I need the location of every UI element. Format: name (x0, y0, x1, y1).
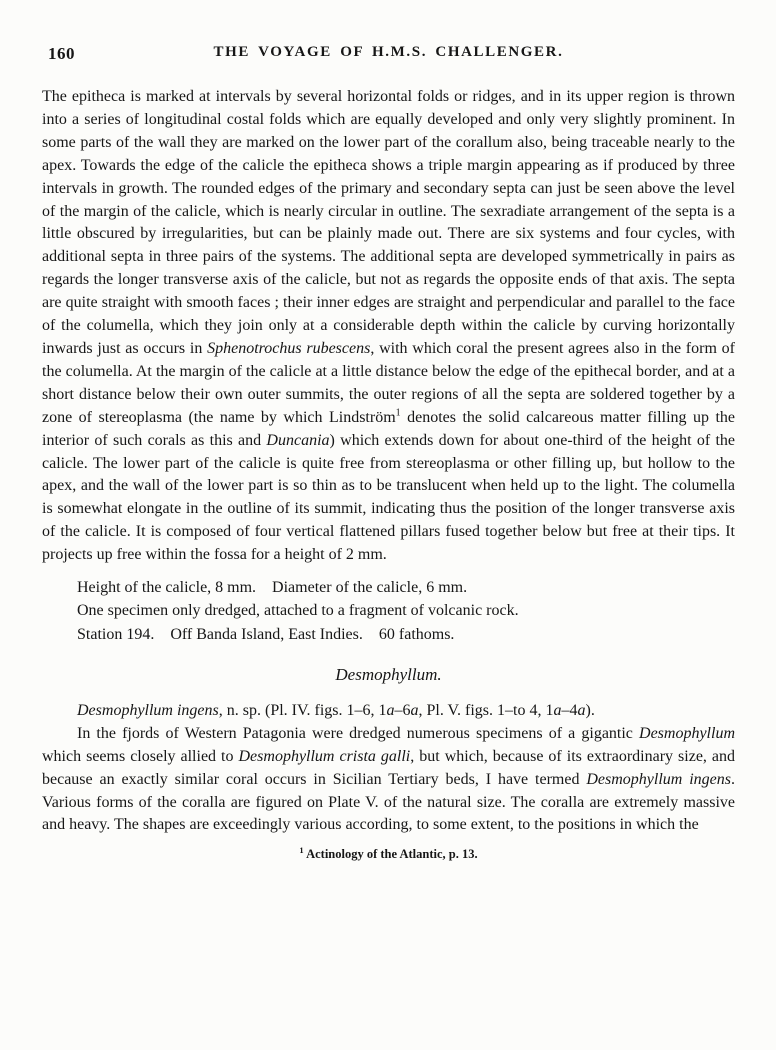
measurement-line-station: Station 194. Off Banda Island, East Indi… (42, 623, 735, 646)
paragraph-epitheca: The epitheca is marked at intervals by s… (42, 86, 735, 567)
page-number: 160 (48, 44, 75, 64)
measurement-line-calicle: Height of the calicle, 8 mm. Diameter of… (42, 576, 735, 599)
species-line: Desmophyllum ingens, n. sp. (Pl. IV. fig… (42, 700, 735, 723)
footnote: 1 Actinology of the Atlantic, p. 13. (42, 846, 735, 863)
book-page: 160 THE VOYAGE OF H.M.S. CHALLENGER. The… (0, 0, 776, 1050)
measurement-line-specimen: One specimen only dredged, attached to a… (42, 599, 735, 622)
measurement-lines: Height of the calicle, 8 mm. Diameter of… (42, 576, 735, 646)
page-header: 160 THE VOYAGE OF H.M.S. CHALLENGER. (42, 44, 735, 66)
running-title: THE VOYAGE OF H.M.S. CHALLENGER. (42, 44, 735, 61)
section-heading-desmophyllum: Desmophyllum. (42, 663, 735, 687)
paragraph-fjords: In the fjords of Western Patagonia were … (42, 723, 735, 838)
